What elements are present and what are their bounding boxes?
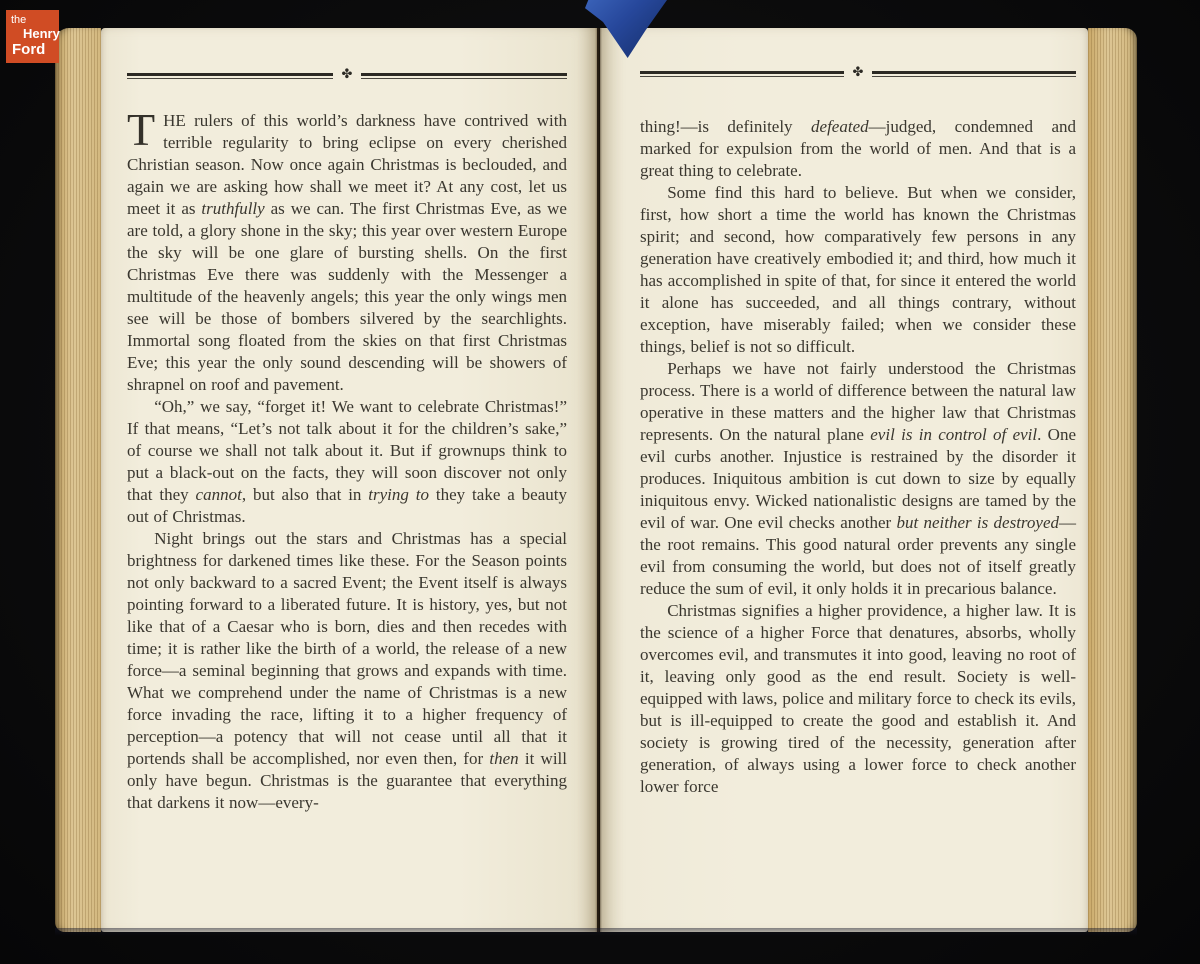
rule-line [127,73,333,80]
rule-line [872,71,1076,78]
italic-text-run: then [489,749,518,768]
right-page: ✤ thing!—is definitely defeated—judged, … [600,28,1088,932]
italic-text-run: truthfully [201,199,264,218]
paragraph: Some find this hard to believe. But when… [640,182,1076,358]
text-run: Some find this hard to believe. But when… [640,183,1076,356]
rule-line [361,73,567,80]
henry-ford-logo: the Henry Ford [6,10,59,63]
left-page-text: THE rulers of this world’s darkness have… [127,110,567,814]
text-run: Christmas signifies a higher providence,… [640,601,1076,796]
italic-text-run: defeated [811,117,869,136]
italic-text-run: evil is in control of evil [870,425,1037,444]
paragraph: Perhaps we have not fairly understood th… [640,358,1076,600]
rule-line [640,71,844,78]
open-book: ✤ THE rulers of this world’s darkness ha… [55,28,1137,932]
paragraph: THE rulers of this world’s darkness have… [127,110,567,396]
drop-cap: T [127,110,163,149]
paragraph: “Oh,” we say, “forget it! We want to cel… [127,396,567,528]
paragraph: Christmas signifies a higher providence,… [640,600,1076,798]
text-run: , but also that in [242,485,368,504]
left-page-fore-edge [55,28,101,932]
italic-text-run: trying to [368,485,429,504]
italic-text-run: cannot [196,485,242,504]
right-page-fore-edge [1088,28,1137,932]
logo-text-ford: Ford [12,42,59,57]
fleuron-ornament-icon: ✤ [844,67,873,79]
book-gutter-shadow [595,28,602,932]
text-run: as we can. The first Christmas Eve, as w… [127,199,567,394]
left-page: ✤ THE rulers of this world’s darkness ha… [101,28,597,932]
text-run: Night brings out the stars and Christmas… [127,529,567,768]
left-header-rule: ✤ [127,70,567,82]
page-bottom-shadow [55,928,1137,936]
logo-text-the: the [11,15,59,26]
logo-text-henry: Henry [23,27,59,40]
paragraph: thing!—is definitely defeated—judged, co… [640,116,1076,182]
paragraph: Night brings out the stars and Christmas… [127,528,567,814]
italic-text-run: but neither is destroyed [896,513,1059,532]
right-header-rule: ✤ [640,68,1076,80]
right-page-text: thing!—is definitely defeated—judged, co… [640,116,1076,798]
text-run: thing!—is definitely [640,117,811,136]
fleuron-ornament-icon: ✤ [333,69,362,81]
